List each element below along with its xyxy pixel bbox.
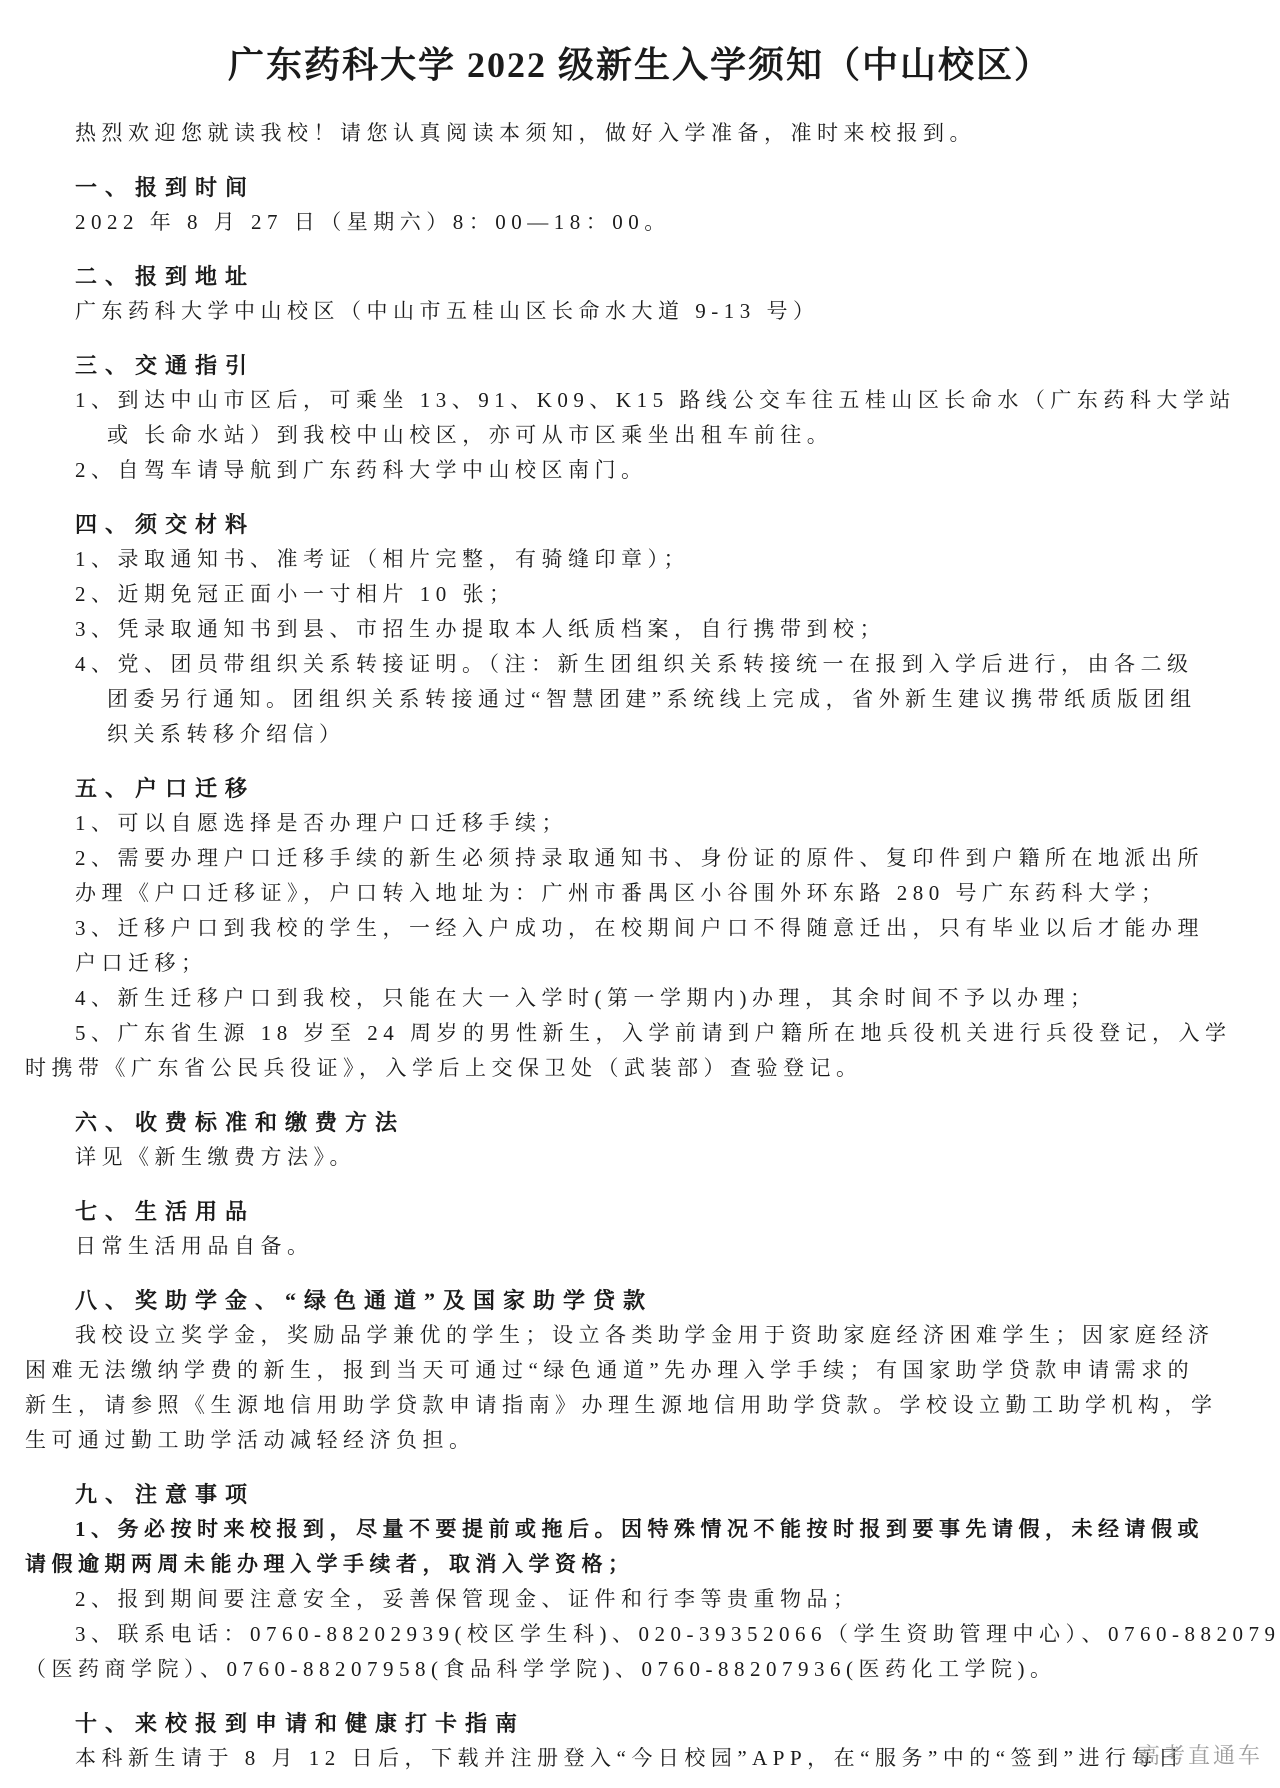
text-line: 2、报到期间要注意安全，妥善保管现金、证件和行李等贵重物品； [75, 1582, 1255, 1617]
section-heading: 六、收费标准和缴费方法 [75, 1105, 1255, 1140]
text-line: 1、录取通知书、准考证（相片完整，有骑缝印章）； [75, 542, 1255, 577]
page-title: 广东药科大学 2022 级新生入学须知（中山校区） [25, 42, 1255, 88]
text-line: 新生，请参照《生源地信用助学贷款申请指南》办理生源地信用助学贷款。学校设立勤工助… [25, 1388, 1255, 1423]
text-line: 请假逾期两周未能办理入学手续者，取消入学资格； [25, 1547, 1255, 1582]
section-heading: 九、注意事项 [75, 1477, 1255, 1512]
text-line: 团委另行通知。团组织关系转接通过“智慧团建”系统线上完成，省外新生建议携带纸质版… [107, 682, 1255, 717]
text-line: 热烈欢迎您就读我校！请您认真阅读本须知，做好入学准备，准时来校报到。 [75, 116, 1255, 151]
text-line: （医药商学院）、0760-88207958(食品科学学院)、0760-88207… [25, 1652, 1255, 1687]
text-line: 3、迁移户口到我校的学生，一经入户成功，在校期间户口不得随意迁出，只有毕业以后才… [75, 911, 1255, 946]
section-heading: 三、交通指引 [75, 348, 1255, 383]
text-line: 日常生活用品自备。 [75, 1229, 1255, 1264]
text-line: 3、联系电话：0760-88202939(校区学生科)、020-39352066… [75, 1617, 1255, 1652]
section-heading: 十、来校报到申请和健康打卡指南 [75, 1706, 1255, 1741]
section-heading: 二、报到地址 [75, 259, 1255, 294]
text-line: 生可通过勤工助学活动减轻经济负担。 [25, 1423, 1255, 1458]
text-line: 办理《户口迁移证》，户口转入地址为：广州市番禺区小谷围外环东路 280 号广东药… [75, 876, 1255, 911]
text-line: 详见《新生缴费方法》。 [75, 1140, 1255, 1175]
text-line: 3、凭录取通知书到县、市招生办提取本人纸质档案，自行携带到校； [75, 612, 1255, 647]
watermark: 高考直通车 [1138, 1739, 1263, 1770]
text-line: 2、近期免冠正面小一寸相片 10 张； [75, 577, 1255, 612]
text-line: 4、新生迁移户口到我校，只能在大一入学时(第一学期内)办理，其余时间不予以办理； [75, 981, 1255, 1016]
document-page: 广东药科大学 2022 级新生入学须知（中山校区） 热烈欢迎您就读我校！请您认真… [0, 0, 1280, 1776]
section-heading: 八、奖助学金、“绿色通道”及国家助学贷款 [75, 1283, 1255, 1318]
section-heading: 四、须交材料 [75, 507, 1255, 542]
text-line: 2022 年 8 月 27 日（星期六）8：00—18：00。 [75, 205, 1255, 240]
text-line: 5、广东省生源 18 岁至 24 周岁的男性新生，入学前请到户籍所在地兵役机关进… [75, 1016, 1255, 1051]
text-line: 2、自驾车请导航到广东药科大学中山校区南门。 [75, 453, 1255, 488]
section-heading: 一、报到时间 [75, 170, 1255, 205]
text-line: 广东药科大学中山校区（中山市五桂山区长命水大道 9-13 号） [75, 294, 1255, 329]
text-line: 1、可以自愿选择是否办理户口迁移手续； [75, 806, 1255, 841]
section-heading: 五、户口迁移 [75, 771, 1255, 806]
text-line: 织关系转移介绍信） [107, 717, 1255, 752]
text-line: 1、到达中山市区后，可乘坐 13、91、K09、K15 路线公交车往五桂山区长命… [75, 383, 1255, 418]
text-line: 本科新生请于 8 月 12 日后，下载并注册登入“今日校园”APP，在“服务”中… [75, 1741, 1255, 1776]
document-body: 热烈欢迎您就读我校！请您认真阅读本须知，做好入学准备，准时来校报到。一、报到时间… [25, 116, 1255, 1776]
section-heading: 七、生活用品 [75, 1194, 1255, 1229]
text-line: 或 长命水站）到我校中山校区，亦可从市区乘坐出租车前往。 [107, 418, 1255, 453]
text-line: 1、务必按时来校报到，尽量不要提前或拖后。因特殊情况不能按时报到要事先请假，未经… [75, 1512, 1255, 1547]
text-line: 困难无法缴纳学费的新生，报到当天可通过“绿色通道”先办理入学手续；有国家助学贷款… [25, 1353, 1255, 1388]
text-line: 4、党、团员带组织关系转接证明。（注：新生团组织关系转接统一在报到入学后进行，由… [75, 647, 1255, 682]
text-line: 2、需要办理户口迁移手续的新生必须持录取通知书、身份证的原件、复印件到户籍所在地… [75, 841, 1255, 876]
text-line: 户口迁移； [75, 946, 1255, 981]
text-line: 时携带《广东省公民兵役证》，入学后上交保卫处（武装部）查验登记。 [25, 1051, 1255, 1086]
text-line: 我校设立奖学金，奖励品学兼优的学生；设立各类助学金用于资助家庭经济困难学生；因家… [75, 1318, 1255, 1353]
